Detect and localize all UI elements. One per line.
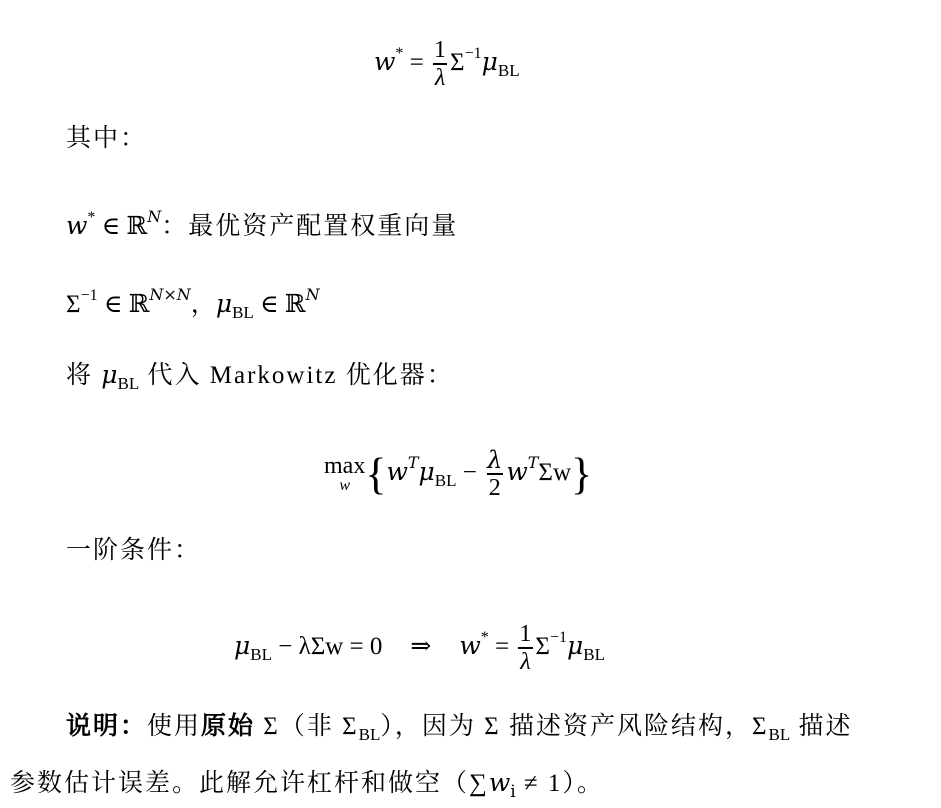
fraction-lambda-over-two: λ2: [485, 447, 504, 501]
bl-subscript: BL: [583, 645, 605, 664]
text-segment: 将: [66, 362, 101, 389]
mu-symbol: μ: [234, 631, 250, 660]
separator-comma: ，: [191, 291, 216, 318]
mu-symbol: μ: [419, 457, 435, 486]
sigma-w: Σw: [538, 459, 571, 486]
substitute-sentence: 将 μBL 代入 Markowitz 优化器：: [66, 360, 454, 399]
mu-symbol: μ: [216, 289, 232, 318]
where-label: 其中：: [66, 124, 147, 154]
fraction-one-over-lambda: 1λ: [517, 621, 533, 675]
max-subscript: w: [339, 478, 350, 494]
text-segment: 参数估计误差。此解允许杠杆和做空（∑: [10, 770, 489, 797]
transpose-superscript: T: [528, 453, 539, 472]
equation-first-order-condition: μBL − λΣw = 0⇒w* = 1λΣ−1μBL: [234, 608, 605, 685]
dimension-superscript: N×N: [149, 285, 190, 304]
bl-subscript: BL: [769, 725, 791, 744]
sigma-symbol: Σ: [66, 291, 81, 318]
implies-arrow: ⇒: [410, 633, 431, 660]
bl-subscript: BL: [232, 303, 254, 322]
right-brace: }: [571, 449, 592, 498]
var-w: w: [459, 631, 480, 660]
text-segment: ≠ 1）。: [516, 770, 604, 797]
var-w: w: [66, 211, 87, 240]
inverse-superscript: −1: [550, 629, 567, 646]
dimension-superscript: N: [306, 285, 320, 304]
fraction-denominator: λ: [433, 63, 447, 91]
var-w: w: [386, 457, 407, 486]
mu-symbol: μ: [567, 631, 583, 660]
bl-subscript: BL: [250, 645, 272, 664]
bl-subscript: BL: [498, 61, 520, 80]
definition-description: ：最优资产配置权重向量: [161, 213, 458, 240]
transpose-superscript: T: [408, 453, 419, 472]
mu-symbol: μ: [482, 47, 498, 76]
equation-objective: maxw{wTμBL − λ2wTΣw}: [324, 428, 592, 516]
inverse-superscript: −1: [465, 45, 482, 62]
dimension-superscript: N: [147, 207, 161, 226]
note-paragraph-line1: 说明：使用原始 Σ（非 ΣBL），因为 Σ 描述资产风险结构，ΣBL 描述: [66, 712, 853, 750]
text-segment: Σ（非 Σ: [255, 713, 359, 740]
equation-optimal-weights: w* = 1λΣ−1μBL: [374, 24, 520, 101]
fraction-denominator: λ: [518, 647, 532, 675]
element-of-reals: ∈ ℝ: [98, 291, 150, 318]
bl-subscript: BL: [435, 471, 457, 490]
fraction-numerator: λ: [485, 447, 504, 473]
max-label: max: [324, 454, 365, 478]
definition-dimensions: Σ−1 ∈ ℝN×N，μBL ∈ ℝN: [66, 280, 320, 328]
bl-subscript: BL: [359, 725, 381, 744]
text-segment: 使用: [147, 713, 201, 740]
definition-weights: w* ∈ ℝN：最优资产配置权重向量: [66, 202, 458, 242]
note-paragraph-line2: 参数估计误差。此解允许杠杆和做空（∑wi ≠ 1）。: [10, 768, 604, 807]
minus-sign: −: [457, 459, 484, 486]
sigma-symbol: Σ: [535, 633, 550, 660]
emphasis-original: 原始: [201, 713, 255, 740]
fraction-numerator: 1: [432, 37, 448, 63]
fraction-numerator: 1: [517, 621, 533, 647]
max-operator: maxw: [324, 454, 365, 494]
text-segment: 代入 Markowitz 优化器：: [139, 362, 453, 389]
note-label: 说明：: [66, 713, 147, 740]
mu-symbol: μ: [101, 360, 117, 389]
text-segment: 描述: [790, 713, 852, 740]
inverse-superscript: −1: [81, 287, 98, 304]
superscript-star: *: [481, 629, 489, 646]
foc-expression: − λΣw = 0: [272, 633, 382, 660]
fraction-denominator: 2: [487, 473, 503, 501]
text-segment: ），因为 Σ 描述资产风险结构，Σ: [380, 713, 768, 740]
element-of-reals: ∈ ℝ: [254, 291, 306, 318]
bl-subscript: BL: [118, 374, 140, 393]
equals-sign: =: [489, 633, 516, 660]
var-w: w: [374, 47, 395, 76]
var-w: w: [506, 457, 527, 486]
equals-sign: =: [403, 49, 430, 76]
foc-label: 一阶条件：: [66, 536, 201, 566]
element-of-reals: ∈ ℝ: [95, 213, 147, 240]
var-w: w: [489, 768, 510, 797]
left-brace: {: [365, 449, 386, 498]
fraction-one-over-lambda: 1λ: [432, 37, 448, 91]
sigma-symbol: Σ: [450, 49, 465, 76]
